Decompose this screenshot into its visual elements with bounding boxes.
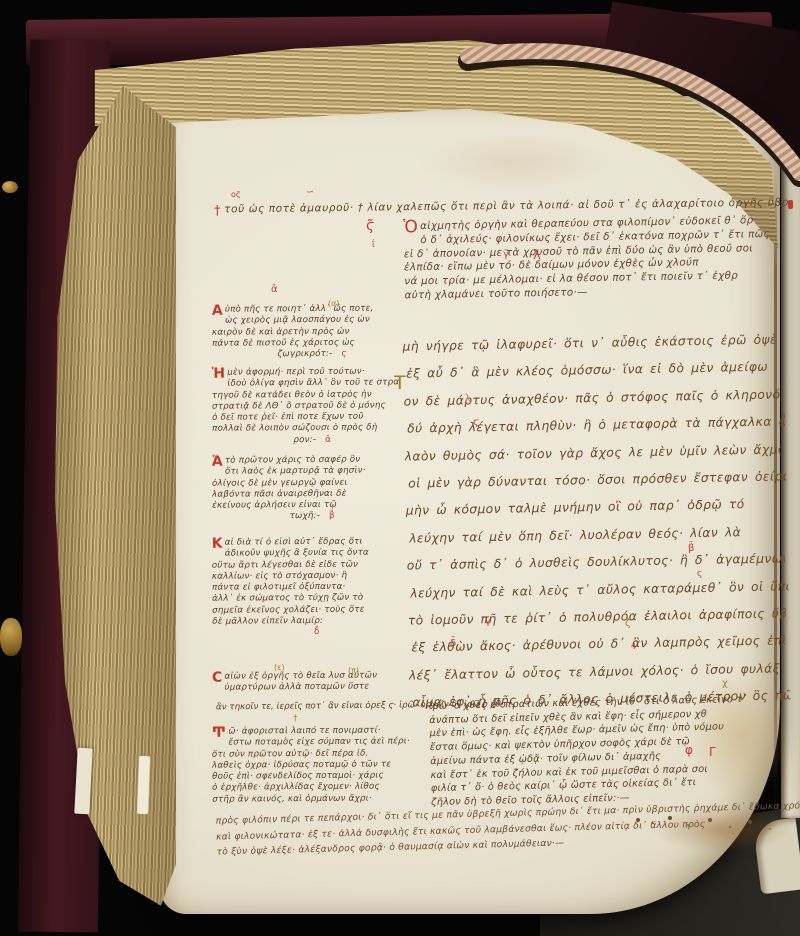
rubric-mark: γ̄ <box>485 617 491 627</box>
rubric-mark: + <box>630 642 638 652</box>
red-section-numeral: β̄ <box>329 511 335 521</box>
rubric-mark: ᾱ <box>271 285 278 295</box>
rubric-mark: λ <box>533 249 541 262</box>
rubric-mark: Τ <box>394 374 406 393</box>
red-section-numeral: ϛ <box>341 349 346 359</box>
rubric-mark: Γ <box>709 746 716 758</box>
rubric-mark: † <box>293 715 298 724</box>
red-initial-letter: Α <box>212 305 223 317</box>
rubric-mark: β̄ <box>688 544 694 554</box>
scholion-line: ἔστω ποταμὸς εἶχε σύμπαν τις ἀεὶ πέρι· <box>228 737 412 750</box>
red-initial-letter: Ͳ <box>212 727 227 739</box>
rubric-mark: γ̄ <box>503 250 509 260</box>
rubric-mark: (π) <box>348 667 359 675</box>
red-section-numeral: ᾱ <box>325 435 331 445</box>
rubric-mark: (ε) <box>274 664 285 672</box>
scholion-line: στῆρ ἂν καινός, καὶ ὁρμάνων ἄχρι· <box>212 793 412 806</box>
red-initial-letter: Ἀ <box>212 456 223 468</box>
rubric-mark: ϛ <box>473 418 479 428</box>
rubric-mark: ϛ͂ <box>366 219 374 233</box>
opening-paragraph: Ὁ αἰχμητὴς ὀργὴν καὶ θεραπεύου στα φιλοπ… <box>403 214 794 304</box>
scholion-block: Ϲαἰὼν ἐξ ὀργῆς τὸ θεῖα λυσ αὐτῶνὑμαρτύρω… <box>212 670 412 694</box>
main-text-column: μὴ νήγρε τῷ ἰλαφυρεῖ· ὅτι ν᾽ αὖθις ἑκάστ… <box>402 326 787 717</box>
rubric-mark: φ <box>685 744 693 756</box>
red-initial-letter: Ϲ <box>212 672 223 684</box>
rubric-mark: ζ <box>625 619 630 629</box>
rubric-mark: ∽ <box>306 188 314 198</box>
rubric-mark: ς <box>697 570 702 579</box>
scholion-line: θοῦς ἐπὶ· σφενδελίδος ποταμοὶ· χάρις <box>212 770 412 783</box>
scholion-tail: τωχῆ:-β̄ <box>212 511 412 524</box>
red-cross-mark: † <box>214 203 221 218</box>
scholion-tail: ζωγρικρότ:-ϛ <box>212 348 412 361</box>
rubric-mark: χ <box>722 679 728 689</box>
red-initial-letter: Κ <box>212 538 223 550</box>
scholion-block: Καἱ διὰ τί ὁ εἰσὶ αὐτ᾽ ἔδρας ὅτιἀδικοῦν … <box>212 536 413 639</box>
bottom-right-text-block: ἱρῶ· ὁ χθὲς ὁ στρατιῶν καὶ ἐχθὲς τὴν ἰθ᾽… <box>429 692 791 810</box>
rubric-mark: δ̄ <box>450 639 456 649</box>
scholion-block: Αὑπὸ πῆς τε ποιητ᾽ ἀλλ᾽ ὥς ποτε,ὡς χειρὸ… <box>212 303 412 361</box>
red-initial-letter: Ὁ <box>403 220 418 235</box>
scholion-block: Ἡμὲν ἀφορμή· περὶ τοῦ τούτων·ἰδοὺ ὀλίγα … <box>212 366 413 446</box>
rubric-mark: λ <box>464 393 471 405</box>
rubric-mark: ος͂ <box>231 191 241 199</box>
brass-clasp-pin <box>0 618 22 656</box>
manuscript-photograph: †τοῦ ὡς ποτὲ ἀμαυροῦ· † λίαν χαλεπῶς ὅτι… <box>0 0 800 936</box>
scholion-block: Ͳῶ· ἀφορισταὶ λαιπό τε πονιμαστί·ἔστω πο… <box>212 725 413 805</box>
scholion-tail: ρον:-ᾱ <box>212 434 412 447</box>
red-initial-letter: Ἡ <box>212 368 226 380</box>
scholion-line: στρατιᾷ δὲ ΛΘ᾽ ὃ στρατοῦ δὲ ὁ μόνης <box>212 400 412 413</box>
scholion-line: ἰδοὺ ὀλίγα φησὶν ἄλλ᾽ ὃν τοῦ τε στρα <box>227 378 412 391</box>
red-section-numeral: δ̄ <box>314 627 320 637</box>
scholion-block: Ἀτὸ πρῶτον χάρις τὸ σαφέρ ὂνὅτι λαὸς ἐκ … <box>212 454 412 523</box>
rubric-mark: (α) <box>328 300 340 308</box>
scholion-line: ὑμαρτύρων ἀλλὰ ποταμῶν ὕστε <box>224 682 412 695</box>
brass-clasp-pin <box>2 181 18 193</box>
rubric-mark: ΐ <box>372 241 375 249</box>
scholion-tail: δ̄ <box>212 627 412 640</box>
